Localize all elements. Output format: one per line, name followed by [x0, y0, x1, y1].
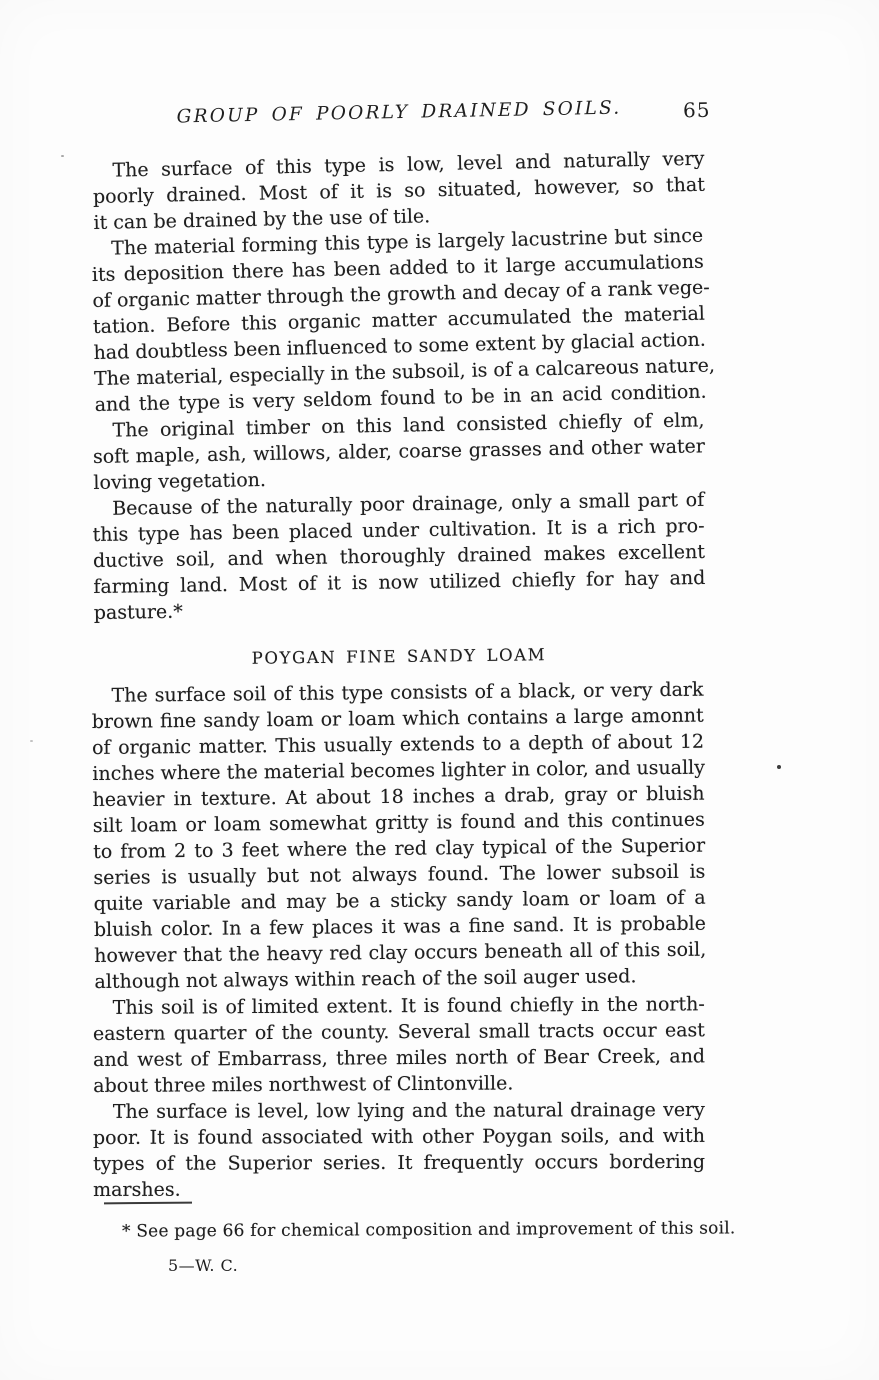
text-column: The surface of this type is low, level a…: [93, 158, 705, 1203]
paragraph: The original timber on this land consist…: [92, 407, 705, 496]
text-line: marshes.: [93, 1175, 705, 1203]
scan-speck: [61, 155, 64, 157]
paragraph: The material forming this type is largel…: [91, 223, 707, 418]
scanned-book-page: GROUP OF POORLY DRAINED SOILS. 65 The su…: [0, 0, 879, 1380]
scan-speck: [777, 765, 781, 769]
text-line: about three miles northwest of Clintonvi…: [93, 1069, 705, 1099]
paragraph: The surface is level, low lying and the …: [93, 1097, 705, 1203]
text-line: and west of Embarrass, three miles north…: [93, 1043, 705, 1073]
paragraph: This soil is of limited extent. It is fo…: [93, 991, 706, 1099]
page-title: GROUP OF POORLY DRAINED SOILS.: [93, 96, 705, 129]
footnote-rule: [104, 1202, 192, 1205]
paragraph: The surface of this type is low, level a…: [92, 146, 705, 236]
text-line: poor. It is found associated with other …: [93, 1123, 705, 1151]
scan-speck: [30, 740, 33, 742]
text-line: The surface is level, low lying and the …: [93, 1097, 705, 1125]
text-line: types of the Superior series. It frequen…: [93, 1149, 705, 1177]
running-head: GROUP OF POORLY DRAINED SOILS.: [93, 102, 705, 130]
text-line: although not always within reach of the …: [94, 963, 706, 995]
paragraph: Because of the naturally poor drainage, …: [92, 487, 706, 626]
page-number: 65: [683, 98, 711, 122]
footnote: * See page 66 for chemical composition a…: [122, 1218, 736, 1241]
section-heading: POYGAN FINE SANDY LOAM: [93, 642, 705, 671]
paragraph: The surface soil of this type consists o…: [91, 677, 706, 995]
printers-mark: 5—W. C.: [168, 1256, 238, 1275]
text-line: eastern quarter of the county. Several s…: [93, 1017, 705, 1047]
text-line: This soil is of limited extent. It is fo…: [93, 991, 705, 1021]
